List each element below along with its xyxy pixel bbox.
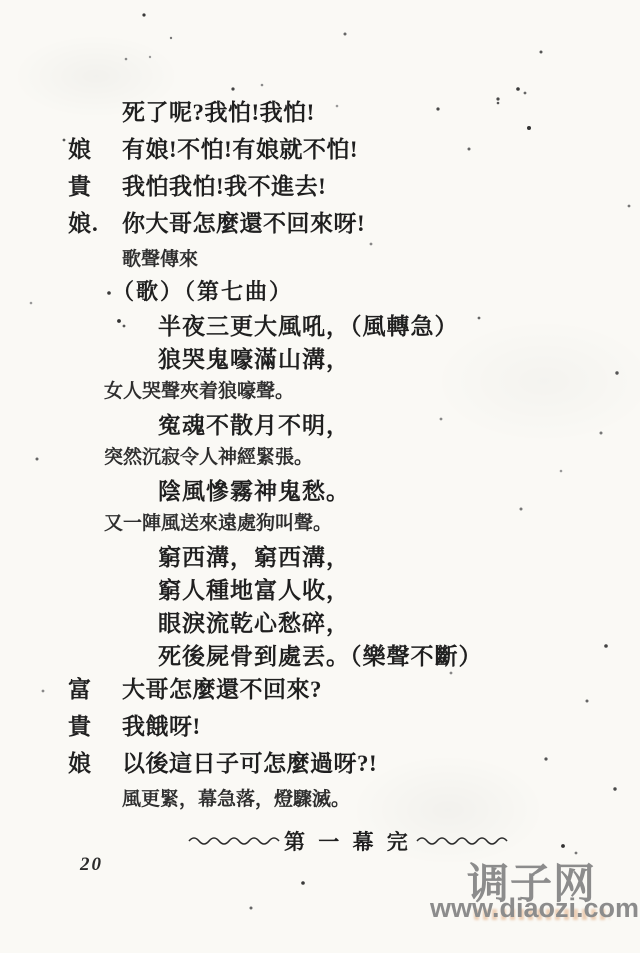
- speaker-label: 貴: [68, 708, 92, 741]
- speaker-label: 富: [68, 671, 92, 704]
- script-line-direction: 歌聲傳來: [0, 240, 640, 273]
- verse-text: 半夜三更大風吼，（風轉急）: [158, 308, 459, 341]
- verse-text: 窮西溝，窮西溝，: [158, 539, 350, 572]
- script-line-dialogue-cont: 死了呢?我怕!我怕!: [0, 92, 640, 129]
- script-line-dialogue: 娘.你大哥怎麼還不回來呀!: [0, 203, 640, 240]
- scanned-script-page: 死了呢?我怕!我怕!娘有娘!不怕!有娘就不怕!貴我怕我怕!我不進去!娘.你大哥怎…: [0, 0, 640, 953]
- verse-text: 寃魂不散月不明，: [158, 407, 350, 440]
- page-number: 20: [80, 854, 103, 876]
- dialogue-text: 我餓呀!: [122, 708, 201, 741]
- verse-text: 陰風慘霧神鬼愁。: [158, 473, 350, 506]
- wavy-line-right: [416, 836, 508, 846]
- dialogue-cont-text: 死了呢?我怕!我怕!: [122, 94, 315, 127]
- verse-text: 狼哭鬼嚎滿山溝，: [158, 341, 350, 374]
- dialogue-text: 以後這日子可怎麼過呀?!: [122, 745, 377, 778]
- script-line-narration: 又一陣風送來遠處狗叫聲。: [0, 504, 640, 537]
- script-line-song-head: （歌）（第七曲）: [0, 273, 640, 306]
- speaker-label: 娘: [68, 131, 92, 164]
- verse-text: 眼淚流乾心愁碎，: [158, 605, 350, 638]
- script-line-verse: 窮人種地富人收，: [0, 570, 640, 603]
- verse-text: 窮人種地富人收，: [158, 572, 350, 605]
- dialogue-text: 大哥怎麼還不回來?: [122, 671, 322, 704]
- direction-text: 歌聲傳來: [122, 244, 198, 271]
- narration-text: 又一陣風送來遠處狗叫聲。: [104, 508, 332, 535]
- speaker-label: 娘.: [68, 205, 99, 238]
- wavy-line-left: [188, 836, 280, 846]
- act-end-rule: 第 一 幕 完: [188, 826, 508, 856]
- dialogue-text: 我怕我怕!我不進去!: [122, 168, 326, 201]
- script-line-verse: 眼淚流乾心愁碎，: [0, 603, 640, 636]
- script-line-verse: 狼哭鬼嚎滿山溝，: [0, 339, 640, 372]
- script-line-dialogue: 娘有娘!不怕!有娘就不怕!: [0, 129, 640, 166]
- narration-text: 女人哭聲夾着狼嚎聲。: [104, 376, 294, 403]
- song-head-text: （歌）（第七曲）: [112, 275, 293, 306]
- narration-text: 突然沉寂令人神經緊張。: [104, 442, 313, 469]
- script-line-dialogue: 娘以後這日子可怎麼過呀?!: [0, 743, 640, 780]
- script-body: 死了呢?我怕!我怕!娘有娘!不怕!有娘就不怕!貴我怕我怕!我不進去!娘.你大哥怎…: [0, 92, 640, 813]
- dialogue-text: 有娘!不怕!有娘就不怕!: [122, 131, 358, 164]
- script-line-verse: 寃魂不散月不明，: [0, 405, 640, 438]
- script-line-verse: 窮西溝，窮西溝，: [0, 537, 640, 570]
- script-line-dialogue: 貴我餓呀!: [0, 706, 640, 743]
- act-end-label: 第 一 幕 完: [284, 826, 412, 856]
- watermark-site-url: www.diaozi.com: [430, 893, 639, 924]
- script-line-dialogue: 富大哥怎麼還不回來?: [0, 669, 640, 706]
- watermark: 调子网 www.diaozi.com: [420, 865, 640, 935]
- script-line-verse: 死後屍骨到處丟。（樂聲不斷）: [0, 636, 640, 669]
- dialogue-text: 你大哥怎麼還不回來呀!: [122, 205, 365, 238]
- speaker-label: 貴: [68, 168, 92, 201]
- watermark-orange-overlay: [474, 909, 610, 920]
- script-line-narration: 突然沉寂令人神經緊張。: [0, 438, 640, 471]
- speaker-label: 娘: [68, 745, 92, 778]
- script-line-direction: 風更緊，幕急落，燈驟滅。: [0, 780, 640, 813]
- script-line-verse: 半夜三更大風吼，（風轉急）: [0, 306, 640, 339]
- verse-text: 死後屍骨到處丟。（樂聲不斷）: [158, 638, 483, 671]
- script-line-dialogue: 貴我怕我怕!我不進去!: [0, 166, 640, 203]
- scan-noise-specks: [0, 0, 2, 2]
- script-line-verse: 陰風慘霧神鬼愁。: [0, 471, 640, 504]
- script-line-narration: 女人哭聲夾着狼嚎聲。: [0, 372, 640, 405]
- watermark-site-name: 调子网: [467, 851, 596, 911]
- direction-text: 風更緊，幕急落，燈驟滅。: [122, 784, 350, 811]
